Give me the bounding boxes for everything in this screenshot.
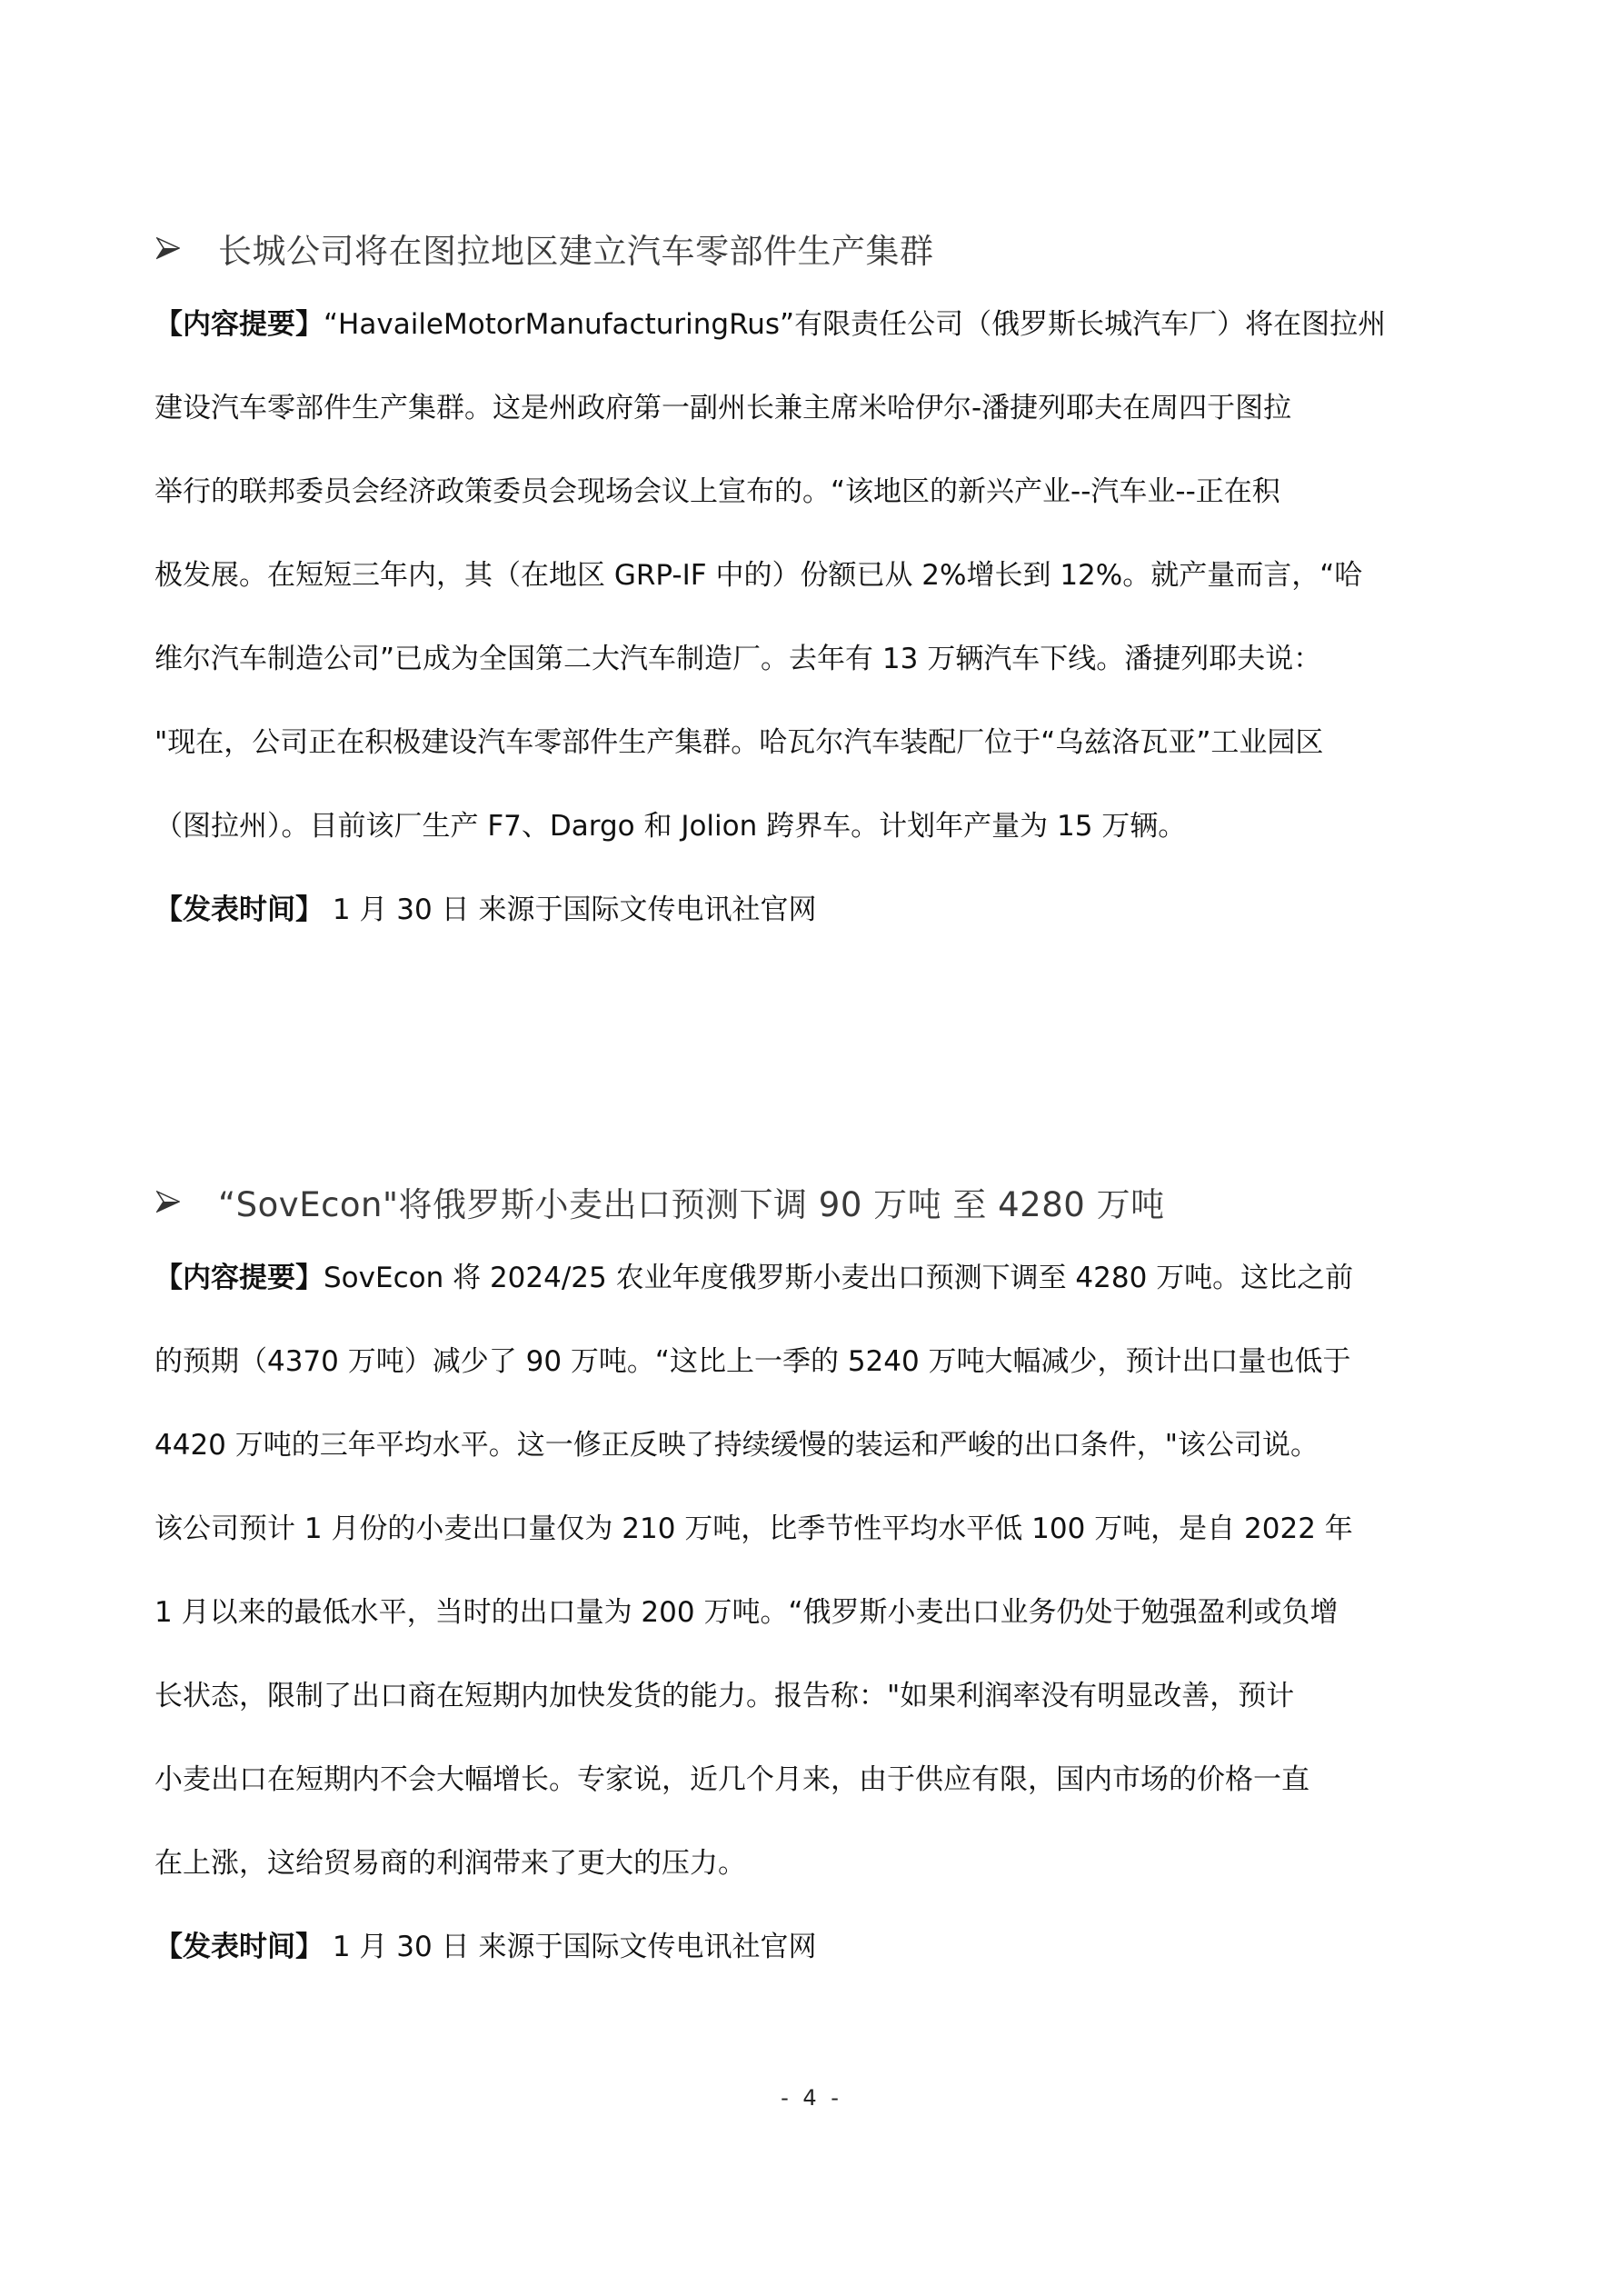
article-sovecon-wheat: “SovEcon"将俄罗斯小麦出口预测下调 90 万吨 至 4280 万吨 【内…: [154, 1174, 1490, 1989]
arrowhead-bullet-icon: [156, 236, 180, 260]
arrowhead-bullet-icon: [156, 1190, 180, 1213]
publish-date: 1 月 30 日: [333, 1931, 470, 1963]
summary-line: 在上涨，这给贸易商的利润带来了更大的压力。: [154, 1822, 1490, 1905]
publish-source: 来源于国际文传电讯社官网: [478, 893, 816, 926]
summary-line: 小麦出口在短期内不会大幅增长。专家说，近几个月来，由于供应有限，国内市场的价格一…: [154, 1738, 1490, 1822]
summary-line: 举行的联邦委员会经济政策委员会现场会议上宣布的。“该地区的新兴产业--汽车业--…: [154, 450, 1490, 534]
article-title: “SovEcon"将俄罗斯小麦出口预测下调 90 万吨 至 4280 万吨: [218, 1177, 1165, 1226]
summary-line: 极发展。在短短三年内，其（在地区 GRP-IF 中的）份额已从 2%增长到 12…: [154, 534, 1490, 617]
summary-label: 【内容提要】: [154, 1262, 324, 1294]
summary-line: 1 月以来的最低水平，当时的出口量为 200 万吨。“俄罗斯小麦出口业务仍处于勉…: [154, 1571, 1490, 1654]
article-heading: “SovEcon"将俄罗斯小麦出口预测下调 90 万吨 至 4280 万吨: [154, 1174, 1490, 1229]
summary-line: "现在，公司正在积极建设汽车零部件生产集群。哈瓦尔汽车装配厂位于“乌兹洛瓦亚”工…: [154, 701, 1490, 784]
document-page: 长城公司将在图拉地区建立汽车零部件生产集群 【内容提要】“HavaileMoto…: [0, 0, 1623, 2296]
summary-line: 的预期（4370 万吨）减少了 90 万吨。“这比上一季的 5240 万吨大幅减…: [154, 1320, 1490, 1403]
publish-info: 【发表时间】 1 月 30 日 来源于国际文传电讯社官网: [154, 868, 1490, 952]
article-heading: 长城公司将在图拉地区建立汽车零部件生产集群: [154, 221, 1490, 275]
summary-line: 【内容提要】SovEcon 将 2024/25 农业年度俄罗斯小麦出口预测下调至…: [154, 1236, 1490, 1320]
publish-label: 【发表时间】: [154, 893, 324, 926]
article-summary: 【内容提要】“HavaileMotorManufacturingRus”有限责任…: [154, 283, 1490, 868]
summary-line: 建设汽车零部件生产集群。这是州政府第一副州长兼主席米哈伊尔-潘捷列耶夫在周四于图…: [154, 366, 1490, 450]
summary-line: 维尔汽车制造公司”已成为全国第二大汽车制造厂。去年有 13 万辆汽车下线。潘捷列…: [154, 617, 1490, 701]
summary-line: 【内容提要】“HavaileMotorManufacturingRus”有限责任…: [154, 283, 1490, 366]
summary-line: 4420 万吨的三年平均水平。这一修正反映了持续缓慢的装运和严峻的出口条件，"该…: [154, 1403, 1490, 1487]
article-summary: 【内容提要】SovEcon 将 2024/25 农业年度俄罗斯小麦出口预测下调至…: [154, 1236, 1490, 1905]
page-number: - 4 -: [0, 2085, 1623, 2111]
summary-line: （图拉州）。目前该厂生产 F7、Dargo 和 Jolion 跨界车。计划年产量…: [154, 784, 1490, 868]
publish-info: 【发表时间】 1 月 30 日 来源于国际文传电讯社官网: [154, 1905, 1490, 1989]
article-great-wall: 长城公司将在图拉地区建立汽车零部件生产集群 【内容提要】“HavaileMoto…: [154, 221, 1490, 952]
summary-line: 长状态，限制了出口商在短期内加快发货的能力。报告称："如果利润率没有明显改善，预…: [154, 1654, 1490, 1738]
article-title: 长城公司将在图拉地区建立汽车零部件生产集群: [218, 224, 934, 273]
publish-source: 来源于国际文传电讯社官网: [478, 1931, 816, 1963]
publish-label: 【发表时间】: [154, 1931, 324, 1963]
summary-line: 该公司预计 1 月份的小麦出口量仅为 210 万吨，比季节性平均水平低 100 …: [154, 1487, 1490, 1571]
summary-label: 【内容提要】: [154, 308, 324, 341]
publish-date: 1 月 30 日: [333, 893, 470, 926]
